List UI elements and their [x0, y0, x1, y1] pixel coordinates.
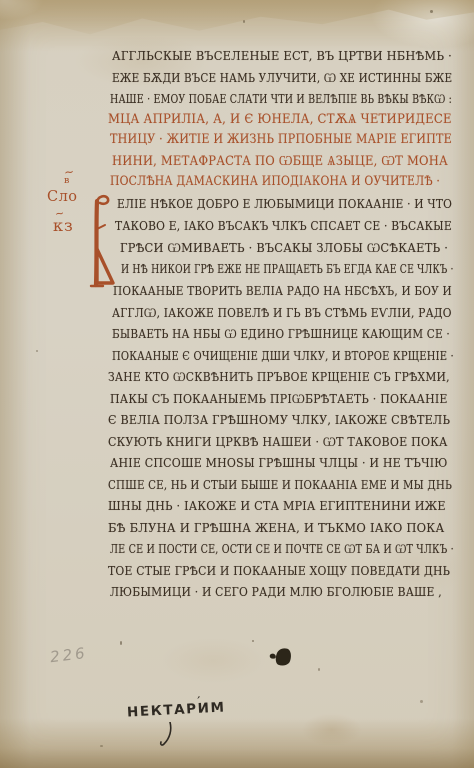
manuscript-line: СКУЮТЬ КНИГИ ЦРКВѢ НАШЕИ · ѠТ ТАКОВОЕ ПО… — [108, 434, 448, 450]
manuscript-line: АНІЕ СПСОШЕ МНОЅЫ ГРѢШНЫ ЧЛЦЫ · И НЕ ТЪЧ… — [110, 455, 448, 470]
manuscript-line: НАШЕ · ЕМОУ ПОБАЕ СЛАТИ ЧТИ И ВЕЛѢПІЕ ВЬ… — [110, 91, 452, 107]
manuscript-line: ЛЕ СЕ И ПОСТИ СЕ, ОСТИ СЕ И ПОЧТЕ СЕ ѠТ … — [110, 541, 454, 557]
manuscript-line: ПОКААНЫЕ ТВОРИТЬ ВЕЛІА РАДО НА НБСѢХЪ, И… — [113, 283, 452, 298]
manuscript-line: ПАКЫ СЪ ПОКААНЫЕМЬ ПРІѠБРѢТАЕТЬ · ПОКААН… — [110, 391, 448, 407]
manuscript-line: ПОСЛѢНА ДАМАСКИНА ИПОДІАКОНА И ОУЧИТЕЛѢ … — [110, 174, 440, 189]
manuscript-line: ТАКОВО Е, ІАКО ВЪСАКЪ ЧЛКЪ СПСАЕТ СЕ · В… — [115, 218, 452, 233]
margin-word-slovo: Сло — [47, 189, 78, 205]
manuscript-line: АГГЛѠ, ІАКОЖЕ ПОВЕЛѢ И ГЬ ВЪ СТѢМЬ ЕѴЛІИ… — [112, 305, 452, 321]
signature-flourish — [158, 722, 178, 748]
manuscript-line: ЕЛІЕ НѢКОЕ ДОБРО Е ЛЮБЫМИЦИ ПОКААНІЕ · И… — [117, 196, 452, 211]
ink-blot — [274, 646, 294, 668]
manuscript-line: ТОЕ СТЫЕ ГРѢСИ И ПОКААНЫЕ ХОЩУ ПОВЕДАТИ … — [108, 563, 450, 578]
manuscript-line: ПОКААНЫЕ Є ОЧИЩЕНІЕ ДШИ ЧЛКУ, И ВТОРОЕ К… — [112, 348, 454, 363]
ink-speck — [318, 668, 320, 671]
folio-number-pencil: 226 — [49, 644, 89, 666]
manuscript-line: И НѢ НИКОИ ГРѢ ЕЖЕ НЕ ПРАЩАЕТЬ БЪ ЕГДА К… — [121, 261, 454, 276]
manuscript-line: ЗАНЕ КТО ѠСКВѢНИТЬ ПРЪВОЕ КРЩЕНІЕ СЪ ГРѢ… — [108, 369, 450, 385]
manuscript-line: НИНИ, МЕТАФРАСТА ПО ѠБЩЕ ѦЗЫЦЕ, ѠТ МОНА — [112, 153, 448, 169]
margin-gloss-mark: в — [64, 175, 69, 186]
ink-speck — [430, 10, 433, 13]
manuscript-line: ГРѢСИ ѠМИВАЕТЬ · ВЪСАКЫ ЗЛОБЫ ѠСѢКАЕТЬ · — [120, 240, 448, 256]
ink-speck — [36, 350, 38, 352]
parchment-top-edge — [0, 0, 474, 44]
manuscript-line: АГГЛЬСКЫЕ ВЪСЕЛЕНЫЕ ЕСТ, ВЪ ЦРТВИ НБНѢМЬ… — [112, 48, 452, 63]
margin-homily-number: кз — [53, 216, 74, 235]
ink-speck — [100, 745, 103, 747]
ink-speck — [243, 20, 245, 23]
manuscript-line: МЦА АПРИЛІА, А, И Є ЮНЕЛА, СТѪѦ ЧЕТИРИДЕ… — [108, 111, 452, 127]
ink-speck — [252, 640, 254, 642]
manuscript-line: ШНЫ ДНЬ · ІАКОЖЕ И СТА МРІА ЕГИПТЕНИНИ И… — [108, 498, 446, 513]
ink-speck — [120, 641, 122, 645]
initial-letter-v — [84, 193, 118, 293]
manuscript-line: ЕЖЕ БѪДИ ВЪСЕ НАМЬ УЛУЧИТИ, Ѡ ХЕ ИСТИННЫ… — [112, 70, 452, 86]
manuscript-line: ТНИЦУ · ЖИТІЕ И ЖИЗНЬ ПРПОБНЫЕ МАРІЕ ЕГИ… — [110, 132, 452, 147]
manuscript-line: БЫВАЕТЬ НА НБЫ Ѡ ЕДИНО ГРѢШНИЦЕ КАЮЩИМ С… — [112, 326, 450, 342]
manuscript-line: Є ВЕЛІА ПОЛЗА ГРѢШНОМУ ЧЛКУ, ІАКОЖЕ СВѢТ… — [108, 412, 450, 427]
initial-letter-text: В — [0, 0, 1, 1]
manuscript-line: БѢ БЛУНА И ГРѢШНА ЖЕНА, И ТЪКМО ІАКО ПОК… — [108, 520, 444, 535]
manuscript-line: СПШЕ СЕ, НЬ И СТЫИ БЫШЕ И ПОКААНІА ЕМЕ И… — [108, 477, 452, 492]
bottom-signature: НЕКТАРИМ — [127, 699, 226, 720]
manuscript-line: ЛЮБЫМИЦИ · И СЕГО РАДИ МЛЮ БГОЛЮБІЕ ВАШЕ… — [110, 584, 442, 599]
ink-speck — [420, 700, 423, 703]
manuscript-page: АГГЛЬСКЫЕ ВЪСЕЛЕНЫЕ ЕСТ, ВЪ ЦРТВИ НБНѢМЬ… — [0, 0, 474, 768]
